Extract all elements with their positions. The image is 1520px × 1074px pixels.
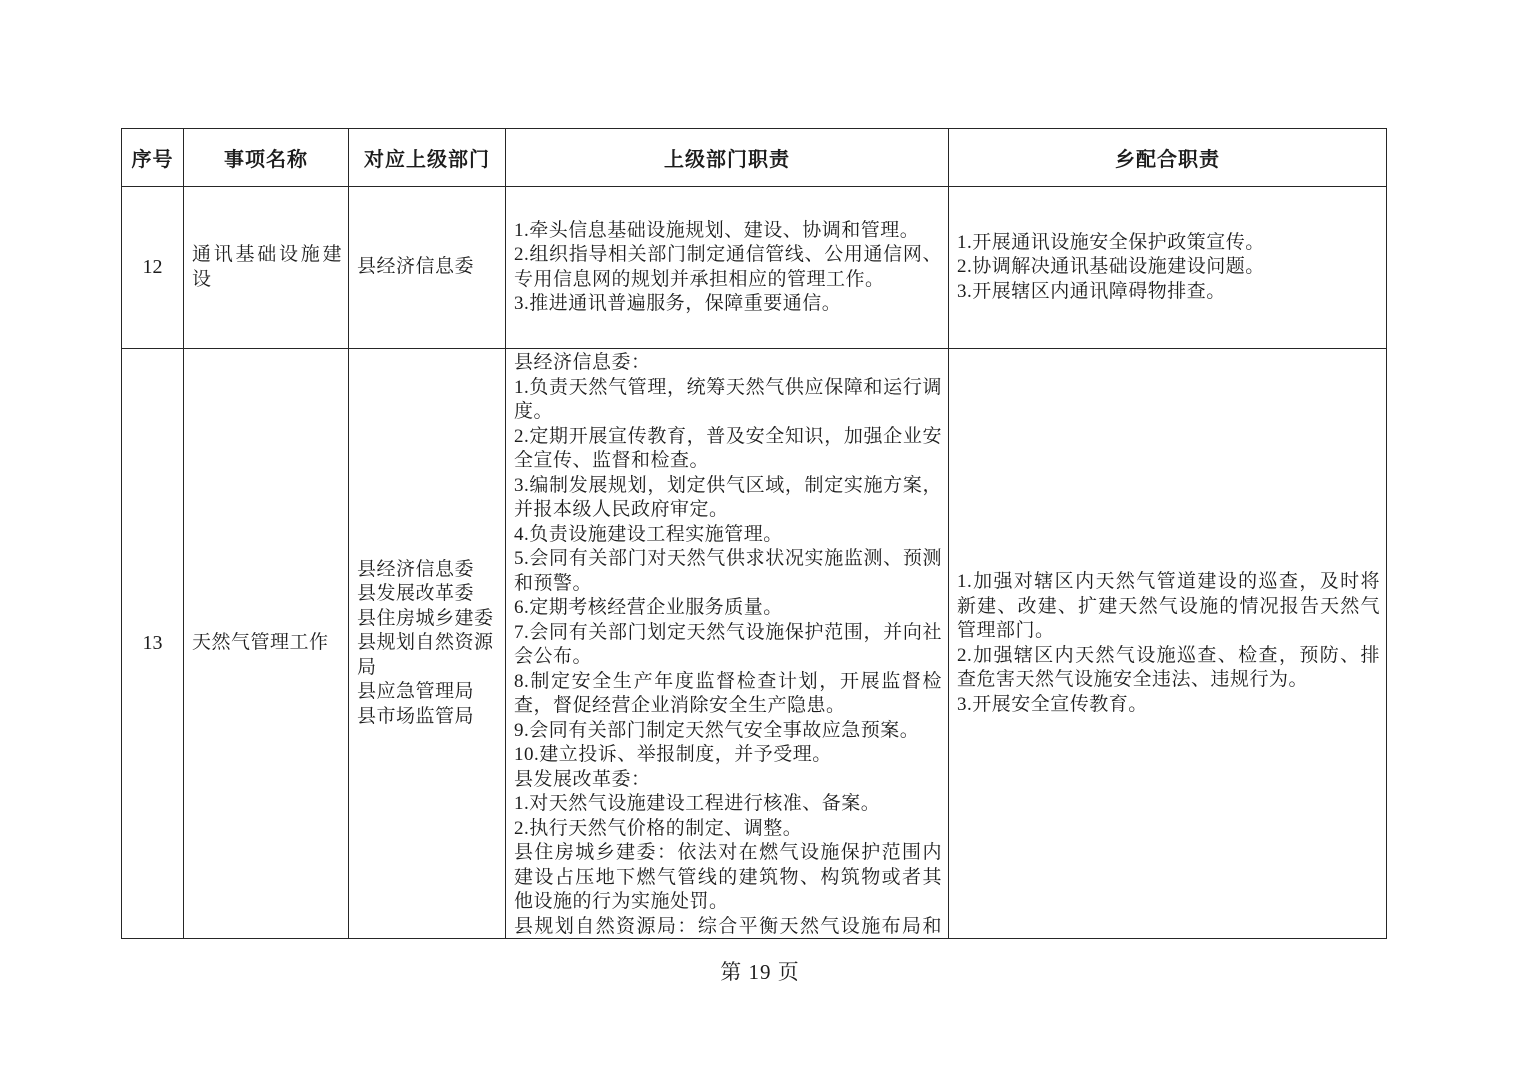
township-duty-item: 2.加强辖区内天然气设施巡查、检查，预防、排查危害天然气设施安全违法、违规行为。 [957,644,1380,693]
superior-duty-item: 5.会同有关部门对天然气供求状况实施监测、预测和预警。 [514,547,942,596]
cell-superior-duties: 县经济信息委： 1.负责天然气管理，统筹天然气供应保障和运行调度。 2.定期开展… [506,349,949,939]
table-header-row: 序号 事项名称 对应上级部门 上级部门职责 乡配合职责 [122,129,1387,187]
duties-table: 序号 事项名称 对应上级部门 上级部门职责 乡配合职责 12 通讯基础设施建设 … [121,128,1387,939]
superior-duty-item: 县规划自然资源局：综合平衡天然气设施布局和建 [514,915,942,936]
superior-duty-item: 2.组织指导相关部门制定通信管线、公用通信网、专用信息网的规划并承担相应的管理工… [514,243,942,292]
superior-duty-item: 县经济信息委： [514,351,942,376]
superior-duty-item: 县住房城乡建委：依法对在燃气设施保护范围内建设占压地下燃气管线的建筑物、构筑物或… [514,841,942,915]
cell-township-duties: 1.加强对辖区内天然气管道建设的巡查，及时将新建、改建、扩建天然气设施的情况报告… [949,349,1387,939]
page-number: 第 19 页 [0,956,1520,986]
superior-duty-item: 9.会同有关部门制定天然气安全事故应急预案。 [514,719,942,744]
township-duty-item: 2.协调解决通讯基础设施建设问题。 [957,255,1380,280]
superior-duties-text: 县经济信息委： 1.负责天然气管理，统筹天然气供应保障和运行调度。 2.定期开展… [514,351,942,935]
superior-duty-item: 1.负责天然气管理，统筹天然气供应保障和运行调度。 [514,376,942,425]
superior-duty-item: 3.推进通讯普遍服务，保障重要通信。 [514,292,942,317]
header-cell-superior-duties: 上级部门职责 [506,129,949,187]
cell-superior-duties: 1.牵头信息基础设施规划、建设、协调和管理。 2.组织指导相关部门制定通信管线、… [506,187,949,349]
cell-departments: 县经济信息委 县发展改革委 县住房城乡建委 县规划自然资源局 县应急管理局 县市… [349,349,506,939]
cell-departments: 县经济信息委 [349,187,506,349]
superior-duty-item: 1.对天然气设施建设工程进行核准、备案。 [514,792,942,817]
header-cell-item-name: 事项名称 [184,129,349,187]
superior-duty-item: 2.执行天然气价格的制定、调整。 [514,817,942,842]
cell-serial-number: 12 [122,187,184,349]
superior-duty-item: 6.定期考核经营企业服务质量。 [514,596,942,621]
header-cell-serial: 序号 [122,129,184,187]
superior-duty-item: 1.牵头信息基础设施规划、建设、协调和管理。 [514,219,942,244]
township-duty-item: 3.开展安全宣传教育。 [957,693,1380,718]
department-name: 县应急管理局 [357,680,499,705]
header-cell-township-duties: 乡配合职责 [949,129,1387,187]
header-cell-departments: 对应上级部门 [349,129,506,187]
department-name: 县经济信息委 [357,255,499,280]
township-duty-item: 1.开展通讯设施安全保护政策宣传。 [957,231,1380,256]
cell-item-name: 通讯基础设施建设 [184,187,349,349]
superior-duty-item: 7.会同有关部门划定天然气设施保护范围，并向社会公布。 [514,621,942,670]
department-name: 县经济信息委 [357,558,499,583]
superior-duty-item: 县发展改革委： [514,768,942,793]
document-page: 序号 事项名称 对应上级部门 上级部门职责 乡配合职责 12 通讯基础设施建设 … [0,0,1520,1074]
table-row-13: 13 天然气管理工作 县经济信息委 县发展改革委 县住房城乡建委 县规划自然资源… [122,349,1387,939]
department-name: 县市场监管局 [357,705,499,730]
cell-item-name: 天然气管理工作 [184,349,349,939]
cell-serial-number: 13 [122,349,184,939]
superior-duty-item: 3.编制发展规划，划定供气区域，制定实施方案，并报本级人民政府审定。 [514,474,942,523]
superior-duty-item: 10.建立投诉、举报制度，并予受理。 [514,743,942,768]
township-duty-item: 3.开展辖区内通讯障碍物排查。 [957,280,1380,305]
superior-duty-item: 4.负责设施建设工程实施管理。 [514,523,942,548]
department-name: 县规划自然资源局 [357,631,499,680]
superior-duty-item: 8.制定安全生产年度监督检查计划，开展监督检查，督促经营企业消除安全生产隐患。 [514,670,942,719]
township-duty-item: 1.加强对辖区内天然气管道建设的巡查，及时将新建、改建、扩建天然气设施的情况报告… [957,570,1380,644]
table-row-12: 12 通讯基础设施建设 县经济信息委 1.牵头信息基础设施规划、建设、协调和管理… [122,187,1387,349]
department-name: 县住房城乡建委 [357,607,499,632]
cell-township-duties: 1.开展通讯设施安全保护政策宣传。 2.协调解决通讯基础设施建设问题。 3.开展… [949,187,1387,349]
superior-duty-item: 2.定期开展宣传教育，普及安全知识，加强企业安全宣传、监督和检查。 [514,425,942,474]
department-name: 县发展改革委 [357,582,499,607]
